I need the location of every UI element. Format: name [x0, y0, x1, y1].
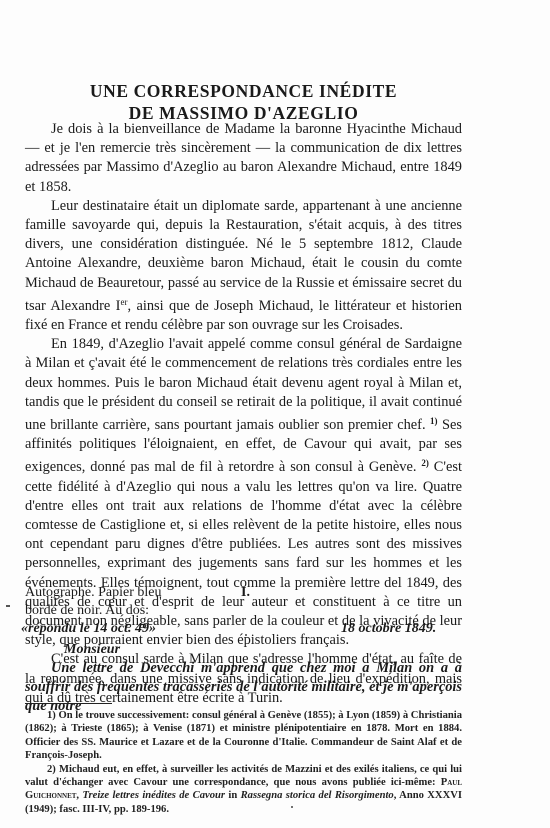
- footnote-2-text: 2) Michaud eut, en effet, à surveiller l…: [25, 764, 462, 788]
- letter-note-line-1: Autographe. Papier bleu: [25, 584, 161, 602]
- footnote-2: 2) Michaud eut, en effet, à surveiller l…: [25, 763, 462, 817]
- letter-body-text: Une lettre de Devecchi m'apprend que che…: [25, 659, 462, 716]
- paragraph-2-text-a: Leur destinataire était un diplomate sar…: [25, 198, 462, 314]
- letter-body: Une lettre de Devecchi m'apprend que che…: [25, 659, 462, 716]
- document-page: UNE CORRESPONDANCE INÉDITE DE MASSIMO D'…: [0, 0, 550, 828]
- footnote-separator: [25, 703, 112, 704]
- footnotes: 1) On le trouve successivement: consul g…: [25, 709, 462, 816]
- article-title-line-1: UNE CORRESPONDANCE INÉDITE: [25, 80, 462, 102]
- stray-dot: [245, 634, 247, 636]
- footnote-2-work-title: Treize lettres inédites de Cavour: [82, 790, 225, 801]
- footnote-ref-1[interactable]: 1): [430, 416, 438, 426]
- letter-note-line-3: «répondu le 14 oct. 49»: [21, 620, 156, 638]
- footnote-2-in: in: [225, 790, 241, 801]
- letter-salutation: Monsieur: [64, 641, 120, 659]
- margin-mark: [6, 605, 10, 607]
- footnote-1: 1) On le trouve successivement: consul g…: [25, 709, 462, 763]
- footnote-2-journal: Rassegna storica del Risorgimento: [241, 790, 394, 801]
- letter-number: I.: [241, 584, 250, 602]
- paragraph-2: Leur destinataire était un diplomate sar…: [25, 197, 462, 335]
- letter-note-line-2: bordé de noir. Au dos:: [25, 602, 149, 620]
- paragraph-1: Je dois à la bienveillance de Madame la …: [25, 120, 462, 197]
- letter-date: 18 octobre 1849.: [341, 620, 436, 638]
- paragraph-3-text-a: En 1849, d'Azeglio l'avait appelé comme …: [25, 336, 462, 433]
- footnote-ref-2[interactable]: 2): [421, 458, 429, 468]
- stray-dot: [291, 806, 293, 808]
